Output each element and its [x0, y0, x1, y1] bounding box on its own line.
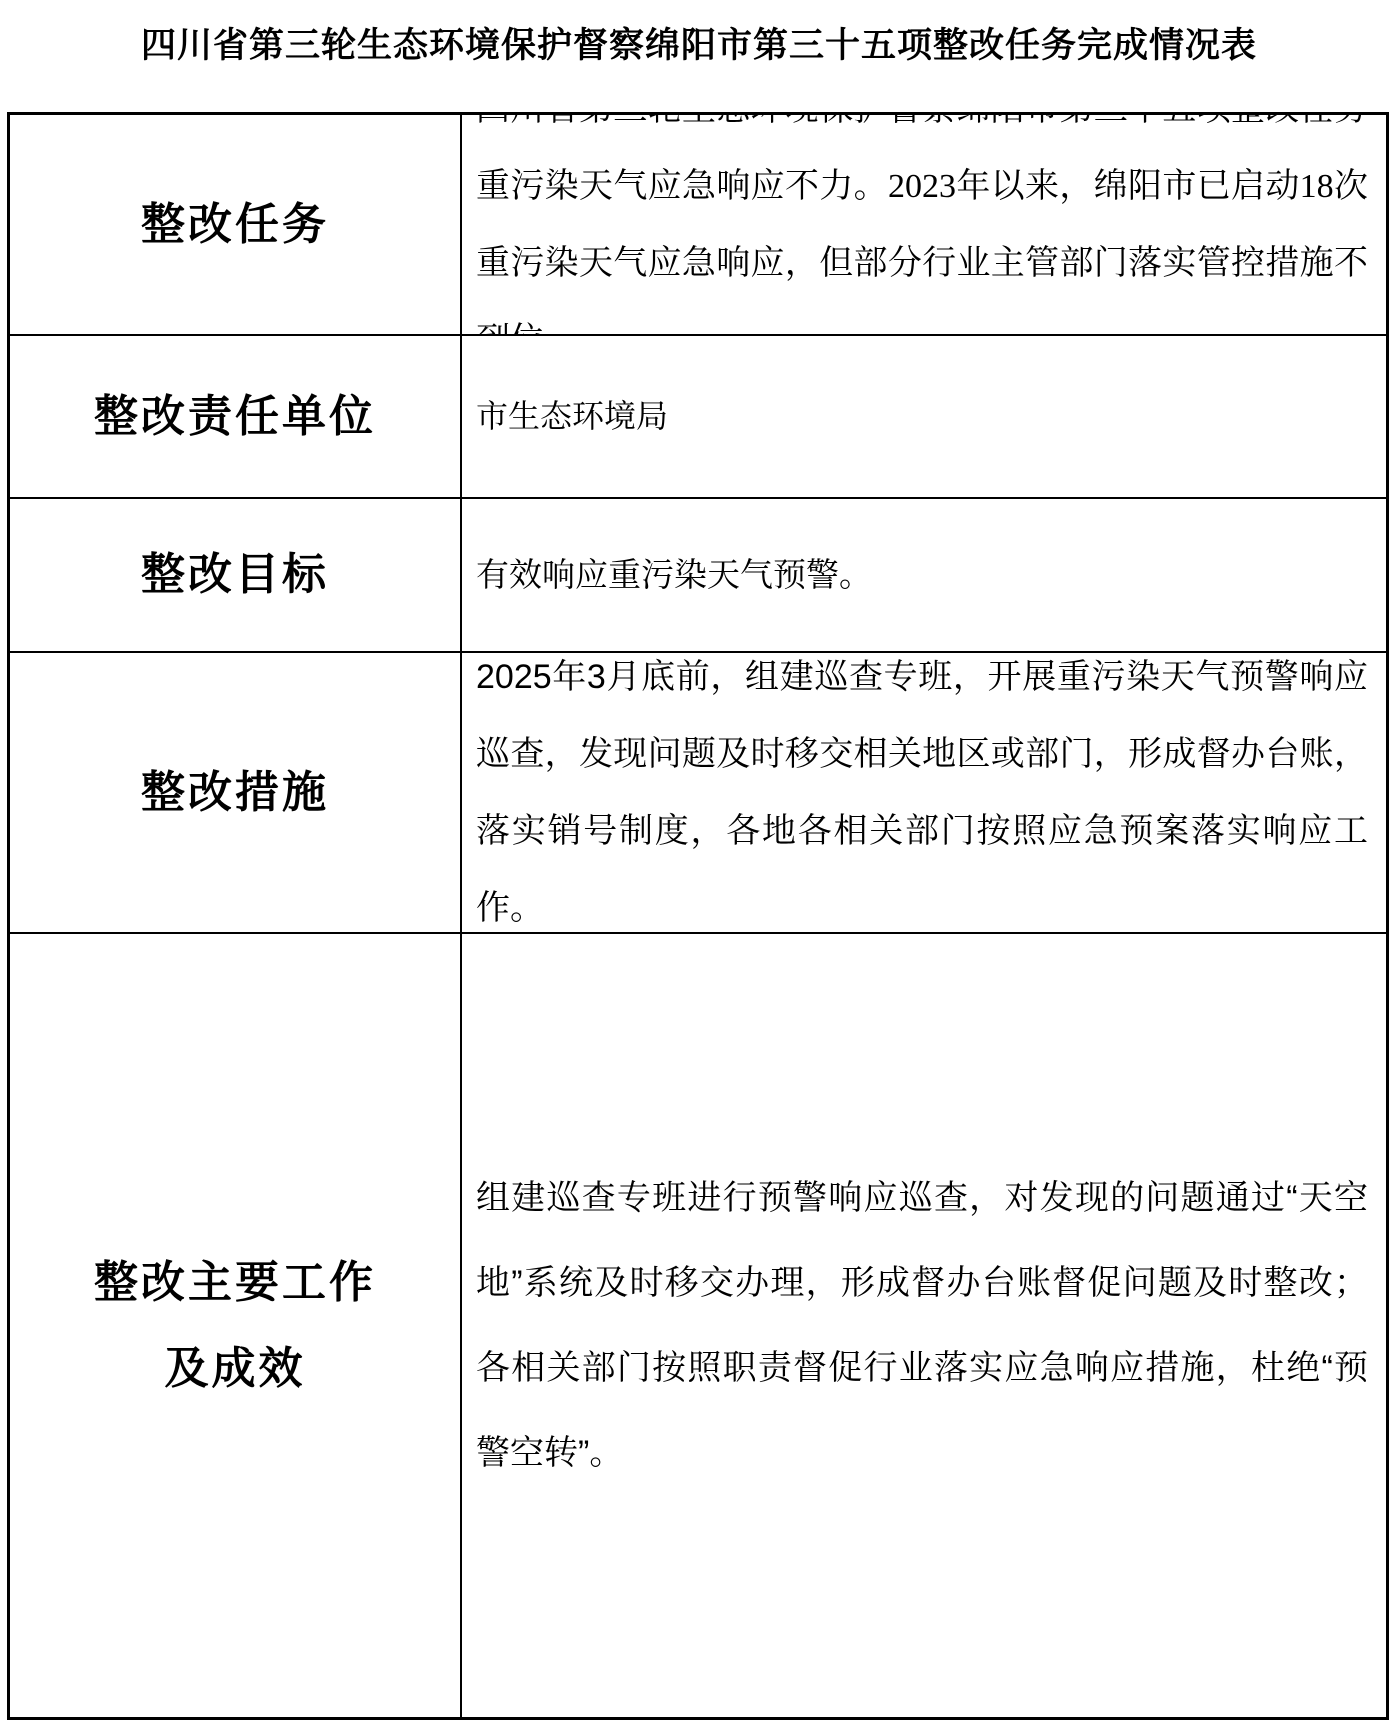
- row-label-measures: 整改措施: [10, 651, 462, 932]
- responsible-unit-text: 市生态环境局: [476, 396, 1368, 438]
- row-label-main-work-line2: 及成效: [165, 1326, 306, 1412]
- row-label-task: 整改任务: [10, 115, 462, 334]
- row-label-goal-text: 整改目标: [141, 553, 329, 597]
- row-label-main-work-line1: 整改主要工作: [94, 1240, 376, 1326]
- row-content-goal: 有效响应重污染天气预警。: [462, 497, 1386, 651]
- row-label-responsible-unit: 整改责任单位: [10, 334, 462, 497]
- page-title: 四川省第三轮生态环境保护督察绵阳市第三十五项整改任务完成情况表: [0, 18, 1398, 68]
- row-content-task: 四川省第三轮生态环境保护督察绵阳市第三十五项整改任务重污染天气应急响应不力。20…: [462, 115, 1386, 334]
- row-content-measures: 2025年3月底前，组建巡查专班，开展重污染天气预警响应巡查，发现问题及时移交相…: [462, 651, 1386, 932]
- rectification-table: 整改任务 四川省第三轮生态环境保护督察绵阳市第三十五项整改任务重污染天气应急响应…: [7, 112, 1389, 1720]
- main-work-paragraph: 组建巡查专班进行预警响应巡查，对发现的问题通过“天空地”系统及时移交办理，形成督…: [476, 1156, 1368, 1496]
- row-label-main-work: 整改主要工作 及成效: [10, 932, 462, 1717]
- goal-text: 有效响应重污染天气预警。: [476, 554, 1368, 597]
- task-paragraph: 四川省第三轮生态环境保护督察绵阳市第三十五项整改任务重污染天气应急响应不力。20…: [476, 115, 1368, 334]
- row-label-measures-text: 整改措施: [141, 771, 329, 815]
- row-content-responsible-unit: 市生态环境局: [462, 334, 1386, 497]
- row-label-goal: 整改目标: [10, 497, 462, 651]
- row-label-task-text: 整改任务: [141, 203, 329, 247]
- row-content-main-work: 组建巡查专班进行预警响应巡查，对发现的问题通过“天空地”系统及时移交办理，形成督…: [462, 932, 1386, 1717]
- measures-paragraph: 2025年3月底前，组建巡查专班，开展重污染天气预警响应巡查，发现问题及时移交相…: [476, 651, 1368, 932]
- row-label-responsible-unit-text: 整改责任单位: [94, 395, 376, 439]
